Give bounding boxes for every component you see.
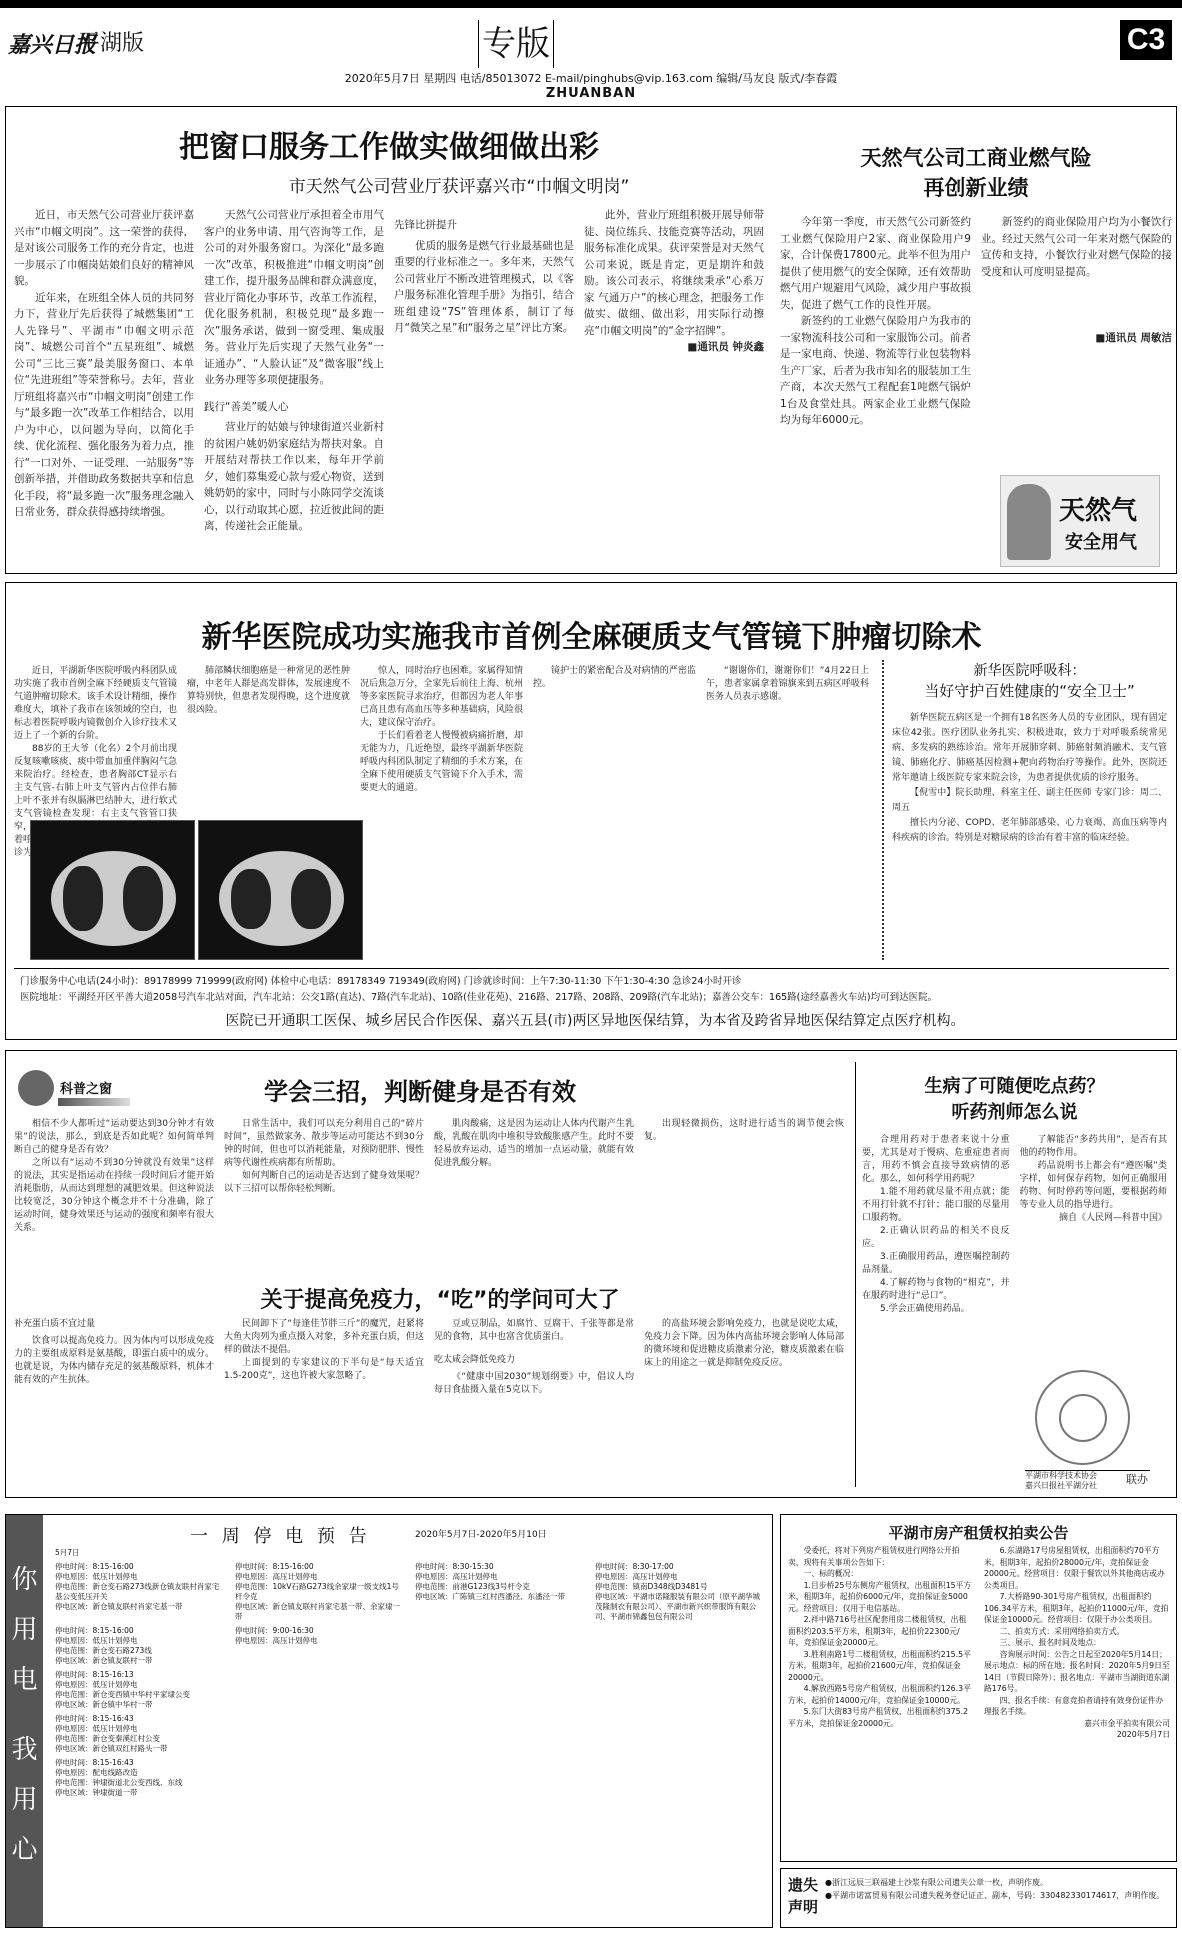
paragraph: 上面提到的专家建议的下半句是“每天适宜1.5-200克”，这也许被大家忽略了。: [224, 1357, 424, 1383]
article-column: 出现轻微损伤，这时进行适当的调节便会恢复。: [644, 1118, 844, 1273]
power-notice-date-range: 2020年5月7日-2020年5月10日: [415, 1527, 547, 1540]
outage-entry: 停电时间：8:30-17:00停电原因：高压计划停电停电范围：镇南D348线D3…: [595, 1562, 765, 1622]
source-credit: 摘自《人民网—科普中国》: [1020, 1212, 1168, 1225]
sponsor-credit: 平湖市科学技术协会 嘉兴日报社平湖分社 联办: [1025, 1470, 1150, 1491]
ct-scan-image-2: [198, 820, 363, 960]
paragraph: 近年来，在班组全体人员的共同努力下，营业厅先后获得了城燃集团“工人先锋号”、平湖…: [14, 290, 194, 521]
doctor-info: 【倪雪中】院长助理、科室主任、副主任医师 专家门诊：周二、周五: [892, 786, 1167, 816]
headline-line1: 天然气公司工商业燃气险: [780, 142, 1172, 172]
subheading: 补充蛋白质不宜过量: [14, 1318, 214, 1331]
paragraph: 如何判断自己的运动是否达到了健身效果呢？以下三招可以帮你轻松判断。: [224, 1170, 424, 1196]
fitness-headline: 学会三招，判断健身是否有效: [180, 1072, 660, 1107]
article-column: 今年第一季度，市天然气公司新签约工业燃气保险用户2家、商业保险用户9家，合计保费…: [780, 214, 971, 554]
paragraph: 6.东湖路17号房屋租赁权，出租面积约70平方米，租期3年，起拍价28000元/…: [984, 1545, 1170, 1591]
paragraph: 2.正确认识药品的相关不良反应。: [862, 1225, 1010, 1251]
top-rule: [0, 0, 1182, 8]
edition-name: 平湖版: [78, 26, 144, 57]
paragraph: 5.学会正确使用药品。: [862, 1303, 1010, 1316]
outage-entry: 停电时间：9:00-16:30停电原因：高压计划停电: [235, 1626, 405, 1666]
paragraph: “谢谢你们，谢谢你们！”4月22日上午，患者家属拿着锦旗来到五病区呼吸科医务人员…: [706, 665, 869, 704]
paragraph: 肺部鳞状细胞癌是一种常见的恶性肿瘤，中老年人群是高发群体，发展速度不算特别快，但…: [187, 665, 350, 717]
article-column: 的高盐环境会影响免疫力，也就是说吃太咸，免疫力会下降。因为体内高盐环境会影响人体…: [644, 1318, 844, 1488]
power-notice-title: 一 周 停 电 预 告: [190, 1522, 371, 1548]
paragraph: 新签约的工业燃气保险用户为我市的一家物流科技公司和一家服饰公司。前者是一家电商、…: [780, 313, 971, 429]
footer-rule: [14, 968, 1169, 969]
article-column: 日常生活中，我们可以充分利用自己的“碎片时间”，虽然做家务、散步等运动可能达不到…: [224, 1118, 424, 1273]
column-divider: [855, 1062, 856, 1487]
section-pinyin: ZHUANBAN: [0, 86, 1182, 101]
paragraph: 3.正确服用药品，遵医嘱控制药品剂量。: [862, 1251, 1010, 1277]
article-column: 补充蛋白质不宜过量 饮食可以提高免疫力。因为体内可以形成免疫力的主要组成原料是氨…: [14, 1318, 214, 1488]
paragraph: 民间卸下了“每逢佳节胖三斤”的魔咒，赶紧将大鱼大肉列为重点摄入对象，多补充蛋白质…: [224, 1318, 424, 1357]
paragraph: 近日，平湖新华医院呼吸内科团队成功实施了我市首例全麻下经硬质支气管镜气道肿瘤切除…: [14, 665, 177, 743]
subheading: 先锋比拼提升: [394, 217, 574, 234]
headline-line2: 听药剂师怎么说: [862, 1098, 1167, 1124]
paragraph: 近日，市天然气公司营业厅获评嘉兴市“巾帼文明岗”。这一荣誉的获得，是对该公司服务…: [14, 207, 194, 290]
article-column: 近日，市天然气公司营业厅获评嘉兴市“巾帼文明岗”。这一荣誉的获得，是对该公司服务…: [14, 207, 194, 577]
outage-entry: 停电时间：8:15-16:13停电原因：低压计划停电停电范围：新仓变西镇中华村平…: [55, 1670, 225, 1710]
side-char: 心: [6, 1825, 43, 1875]
lost-notice-items: ●浙江远辰三联福建土沙浆有限公司遗失公章一枚，声明作废。 ●平湖市诺富贸易有限公…: [825, 1876, 1170, 1902]
article-body: 新华医院五病区是一个拥有18名医务人员的专业团队，现有固定床位42张。医疗团队业…: [892, 711, 1167, 846]
auction-signer: 嘉兴市金平拍卖有限公司: [984, 1718, 1170, 1730]
page-code: C3: [1120, 20, 1172, 60]
worker-mascot-icon: [1007, 484, 1051, 560]
day-label: 5月7日: [55, 1548, 765, 1558]
article-column: 合理用药对于患者来说十分重要，尤其是对于慢病、危重症患者而言，用药不慎会直接导致…: [862, 1134, 1010, 1434]
gas-safety-badge: 天然气 安全用气: [1000, 475, 1160, 567]
paragraph: 2.祥中路716号社区配套用房二楼租赁权，出租面积约203.5平方米，租期3年，…: [788, 1614, 974, 1649]
paragraph: 相信不少人都听过“运动要达到30分钟才有效果”的说法，那么，到底是否如此呢？如何…: [14, 1118, 214, 1157]
subheading: 践行“善美”暖人心: [204, 399, 384, 416]
paragraph: 的高盐环境会影响免疫力，也就是说吃太咸，免疫力会下降。因为体内高盐环境会影响人体…: [644, 1318, 844, 1370]
paragraph: 4.解放西路5号房产租赁权，出租面积约126.3平方米，起拍价14000元/年，…: [788, 1683, 974, 1706]
paragraph: 咨询展示时间：公告之日起至2020年5月14日；展示地点：标的所在地；报名时间：…: [984, 1649, 1170, 1695]
paragraph: 受委托，将对下列房产租赁权进行网络公开拍卖，现将有关事项公告如下：: [788, 1545, 974, 1568]
paragraph: 擅长内分泌、COPD、老年肺部感染、心力衰竭、高血压病等内科疾病的诊治。特别是对…: [892, 816, 1167, 846]
side-char: 我: [6, 1725, 43, 1775]
headline-line1: 新华医院呼吸科：: [892, 660, 1167, 680]
outage-entry: 停电时间：8:30-15:30停电原因：高压计划停电停电范围：前港G123线3号…: [415, 1562, 585, 1622]
paragraph: 5.东门大街83号房产租赁权，出租面积约375.2平方米，竞拍保证金20000元…: [788, 1706, 974, 1729]
outage-entry: 停电时间：8:15-16:00停电原因：低压计划停电停电范围：新仓变石路273线…: [55, 1562, 225, 1622]
hospital-address-line: 医院地址：平湖经开区平善大道2058号汽车北站对面，汽车北站：公交1路(直达)、…: [20, 991, 1170, 1004]
paragraph: 镜护士的紧密配合及对病情的严密监控。: [533, 665, 696, 691]
headline-line2: 当好守护百姓健康的“安全卫士”: [892, 680, 1167, 701]
paragraph: 出现轻微损伤，这时进行适当的调节便会恢复。: [644, 1118, 844, 1144]
article-column: 肌肉酸痛，这是因为运动让人体内代谢产生乳酸，乳酸在肌肉中堆积导致酸胀感产生。此时…: [434, 1118, 634, 1273]
article-column: 民间卸下了“每逢佳节胖三斤”的魔咒，赶紧将大鱼大肉列为重点摄入对象，多补充蛋白质…: [224, 1318, 424, 1488]
insurance-notice: 医院已开通职工医保、城乡居民合作医保、嘉兴五县(市)两区异地医保结算，为本省及跨…: [20, 1010, 1170, 1030]
power-outage-list: 5月7日 停电时间：8:15-16:00停电原因：低压计划停电停电范围：新仓变石…: [55, 1548, 765, 1798]
paragraph: 药品说明书上都会有“遵医嘱”类字样，如何保存药物，如何正确服用药物、何时停药等问…: [1020, 1160, 1168, 1212]
paragraph: 3.胜利南路1号二楼租赁权，出租面积约215.5平方米，租期3年，起拍价2160…: [788, 1649, 974, 1684]
hospital-headline: 新华医院成功实施我市首例全麻硬质支气管镜下肿瘤切除术: [14, 612, 1169, 656]
article-column: 镜护士的紧密配合及对病情的严密监控。: [533, 665, 696, 965]
side-char: 你: [6, 1555, 43, 1605]
article-medication: 生病了可随便吃点药？ 听药剂师怎么说 合理用药对于患者来说十分重要，尤其是对于慢…: [862, 1072, 1167, 1434]
auction-body: 受委托，将对下列房产租赁权进行网络公开拍卖，现将有关事项公告如下： 一、标的概况…: [788, 1545, 1170, 1835]
logo-underline: [58, 1098, 130, 1106]
dateline: 2020年5月7日 星期四 电话/85013072 E-mail/pinghub…: [0, 70, 1182, 86]
byline: ■通讯员 钟炎鑫: [584, 339, 764, 356]
headline: 把窗口服务工作做实做细做出彩: [14, 122, 764, 166]
paragraph: 四、报名手续：有意竞拍者请持有效身份证件办理报名手续。: [984, 1695, 1170, 1718]
science-association-seal-icon: [1035, 1370, 1130, 1465]
side-char: 电: [6, 1655, 43, 1705]
subhead: 市天然气公司营业厅获评嘉兴市“巾帼文明岗”: [154, 172, 764, 197]
article-column: 惊人，同时治疗也困难。家属得知情况后焦急万分，全家先后前往上海、杭州等多家医院寻…: [360, 665, 523, 965]
paragraph: 4.了解药物与食物的“相克”，并在服药时进行“忌口”。: [862, 1277, 1010, 1303]
outage-entry: 停电时间：8:15-16:43停电原因：低压计划停电停电范围：新仓变秦溪红村公变…: [55, 1714, 225, 1754]
badge-subtitle: 安全用气: [1065, 528, 1137, 554]
article-column: 豆或豆制品，如腐竹、豆腐干、千张等都是常见的食物，其中也富含优质蛋白。 吃太咸会…: [434, 1318, 634, 1488]
paragraph: 惊人，同时治疗也困难。家属得知情况后焦急万分，全家先后前往上海、杭州等多家医院寻…: [360, 665, 523, 730]
outage-entry: 停电时间：8:15-16:00停电原因：低压计划停电停电范围：新仓变石路273线…: [55, 1626, 225, 1666]
article-column: 先锋比拼提升 优质的服务是燃气行业最基础也是重要的行业标准之一。多年来，天然气公…: [394, 207, 574, 577]
badge-title: 天然气: [1059, 490, 1137, 527]
paragraph: 合理用药对于患者来说十分重要，尤其是对于慢病、危重症患者而言，用药不慎会直接导致…: [862, 1134, 1010, 1186]
article-column: 天然气公司营业厅承担着全市用气客户的业务申请、用气咨询等工作，是公司的对外服务窗…: [204, 207, 384, 577]
auction-date: 2020年5月7日: [984, 1729, 1170, 1741]
section-title: 专版: [478, 20, 554, 68]
subheading: 吃太咸会降低免疫力: [434, 1354, 634, 1367]
science-logo-icon: [18, 1070, 54, 1106]
paragraph: 三、展示、报名时间及地点：: [984, 1637, 1170, 1649]
paragraph: 今年第一季度，市天然气公司新签约工业燃气保险用户2家、商业保险用户9家，合计保费…: [780, 214, 971, 313]
ct-scan-image-1: [30, 820, 195, 960]
paragraph: 1.能不用药就尽量不用点就；能不用打针就不打针；能口服的尽量用口服药物。: [862, 1186, 1010, 1225]
column-divider: [882, 660, 884, 960]
hospital-contact-line: 门诊服务中心电话(24小时)：89178999 719999(政府网) 体检中心…: [20, 975, 1170, 988]
article-column: 此外，营业厅班组积极开展导师带徒、岗位练兵、技能竞赛等活动，巩固服务标准化成果。…: [584, 207, 764, 577]
lost-notice-label: 遗失 声明: [788, 1874, 818, 1918]
paragraph: 7.大桥路90-301号房产租赁权，出租面积约106.34平方米，租期3年，起拍…: [984, 1591, 1170, 1626]
paragraph: 新华医院五病区是一个拥有18名医务人员的专业团队，现有固定床位42张。医疗团队业…: [892, 711, 1167, 786]
paragraph: 之所以有“运动不到30分钟就没有效果”这样的说法，其实是指运动在持续一段时间后才…: [14, 1157, 214, 1235]
paragraph: 饮食可以提高免疫力。因为体内可以形成免疫力的主要组成原料是氨基酸，即蛋白质中的成…: [14, 1335, 214, 1387]
byline: ■通讯员 周敏洁: [981, 330, 1172, 347]
immunity-headline: 关于提高免疫力，“吃”的学问可大了: [160, 1283, 720, 1314]
headline-line1: 生病了可随便吃点药？: [862, 1072, 1167, 1098]
paragraph: 《“健康中国2030”规划纲要》中，倡议人均每日食盐摄入量在5克以下。: [434, 1371, 634, 1397]
paragraph: 天然气公司营业厅承担着全市用气客户的业务申请、用气咨询等工作，是公司的对外服务窗…: [204, 207, 384, 389]
paragraph: 优质的服务是燃气行业最基础也是重要的行业标准之一。多年来，天然气公司营业厅不断改…: [394, 238, 574, 337]
paragraph: 豆或豆制品，如腐竹、豆腐干、千张等都是常见的食物，其中也富含优质蛋白。: [434, 1318, 634, 1344]
paragraph: 日常生活中，我们可以充分利用自己的“碎片时间”，虽然做家务、散步等运动可能达不到…: [224, 1118, 424, 1170]
paragraph: 了解能否“多药共用”，是否有其他的药物作用。: [1020, 1134, 1168, 1160]
article-respiratory-dept: 新华医院呼吸科： 当好守护百姓健康的“安全卫士” 新华医院五病区是一个拥有18名…: [892, 660, 1167, 846]
article-fitness: 相信不少人都听过“运动要达到30分钟才有效果”的说法，那么，到底是否如此呢？如何…: [14, 1118, 844, 1273]
lost-item: ●浙江远辰三联福建土沙浆有限公司遗失公章一枚，声明作废。: [825, 1876, 1170, 1889]
paragraph: 新签约的商业保险用户均为小餐饮行业。经过天然气公司一年来对燃气保险的宣传和支持，…: [981, 214, 1172, 280]
column-logo: 科普之窗: [60, 1078, 112, 1097]
headline-line2: 再创新业绩: [780, 172, 1172, 202]
lost-item: ●平湖市诺富贸易有限公司遗失税务登记证正、副本，号码：3304823301746…: [825, 1889, 1170, 1902]
joint-label: 联办: [1126, 1475, 1148, 1485]
paragraph: 肌肉酸痛，这是因为运动让人体内代谢产生乳酸，乳酸在肌肉中堆积导致酸胀感产生。此时…: [434, 1118, 634, 1170]
article-immunity: 补充蛋白质不宜过量 饮食可以提高免疫力。因为体内可以形成免疫力的主要组成原料是氨…: [14, 1318, 844, 1488]
paragraph: 1.目步桥25号东侧房产租赁权，出租面积15平方米，租期3年，起拍价6000元/…: [788, 1580, 974, 1615]
paragraph: 此外，营业厅班组积极开展导师带徒、岗位练兵、技能竞赛等活动，巩固服务标准化成果。…: [584, 207, 764, 339]
label-line: 声明: [788, 1896, 818, 1918]
paragraph: 一、标的概况：: [788, 1568, 974, 1580]
power-side-banner: 你 用 电 我 用 心: [6, 1515, 43, 1927]
paragraph: 于长们看着老人慢慢被病痛折磨，却无能为力，几近绝望，最终平湖新华医院呼吸内科团队…: [360, 730, 523, 795]
label-line: 遗失: [788, 1874, 818, 1896]
article-column: 相信不少人都听过“运动要达到30分钟才有效果”的说法，那么，到底是否如此呢？如何…: [14, 1118, 214, 1273]
paragraph: 营业厅的姑娘与钟埭街道兴业新村的贫困户姚奶奶家庭结为帮扶对象。自开展结对帮扶工作…: [204, 419, 384, 535]
auction-title: 平湖市房产租赁权拍卖公告: [780, 1522, 1177, 1543]
side-char: 用: [6, 1775, 43, 1825]
side-char: 用: [6, 1605, 43, 1655]
outage-entry: 停电时间：8:15-16:00停电原因：高压计划停电停电范围：10kV石路G27…: [235, 1562, 405, 1622]
outage-entry: 停电时间：8:15-16:43停电原因：配电线路改造停电范围：钟埭街道北公变西线…: [55, 1758, 225, 1798]
article-window-service: 把窗口服务工作做实做细做出彩 市天然气公司营业厅获评嘉兴市“巾帼文明岗” 近日，…: [14, 112, 764, 577]
paragraph: 二、拍卖方式：采用网络拍卖方式。: [984, 1626, 1170, 1638]
article-column: “谢谢你们，谢谢你们！”4月22日上午，患者家属拿着锦旗来到五病区呼吸科医务人员…: [706, 665, 869, 965]
